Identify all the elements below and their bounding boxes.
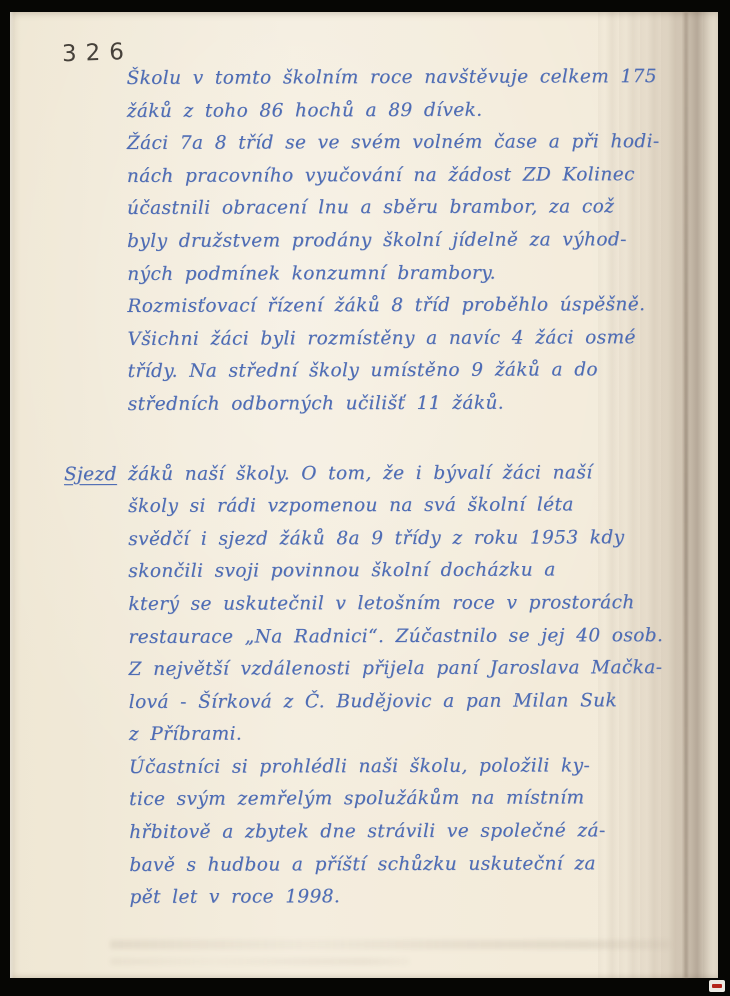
text-line: Žáci 7a 8 tříd se ve svém volném čase a … [127, 126, 672, 160]
line-text: třídy. Na střední školy umístěno 9 žáků … [128, 360, 598, 383]
line-text: účastnili obracení lnu a sběru brambor, … [127, 197, 614, 220]
line-text: tice svým zemřelým spolužákům na místním [129, 788, 584, 811]
line-text: Školu v tomto školním roce navštěvuje ce… [127, 66, 657, 89]
text-line: Z největší vzdálenosti přijela paní Jaro… [129, 652, 674, 686]
bleed-through-ghost-text [110, 958, 410, 965]
text-line: Účastníci si prohlédli naši školu, polož… [129, 750, 674, 784]
line-text: který se uskutečnil v letošním roce v pr… [128, 592, 634, 615]
chronicle-page: 326 Školu v tomto školním roce navštěvuj… [10, 12, 718, 978]
binding-streak [684, 12, 688, 978]
line-text: Všichni žáci byli rozmístěny a navíc 4 ž… [127, 327, 635, 350]
text-line: ných podmínek konzumní brambory. [127, 257, 672, 291]
line-text: skončili svoji povinnou školní docházku … [128, 560, 555, 582]
scanner-watermark-icon [709, 980, 725, 992]
text-line: svědčí i sjezd žáků 8a 9 třídy z roku 19… [128, 522, 673, 556]
handwritten-text-block: Školu v tomto školním roce navštěvuje ce… [127, 61, 675, 915]
text-line: Školu v tomto školním roce navštěvuje ce… [127, 61, 672, 95]
page-left-edge [10, 12, 14, 978]
line-text: lová - Šírková z Č. Budějovic a pan Mila… [129, 690, 617, 713]
section-heading: Sjezd [64, 459, 117, 492]
line-text: hřbitově a zbytek dne strávili ve společ… [129, 820, 605, 843]
watermark-red-bar [712, 984, 722, 988]
line-text: svědčí i sjezd žáků 8a 9 třídy z roku 19… [128, 527, 624, 550]
text-line: který se uskutečnil v letošním roce v pr… [128, 587, 673, 621]
text-line: Rozmisťovací řízení žáků 8 tříd proběhlo… [127, 289, 672, 323]
line-text: nách pracovního vyučování na žádost ZD K… [127, 164, 635, 187]
text-line: Všichni žáci byli rozmístěny a navíc 4 ž… [127, 322, 672, 356]
text-line: restaurace „Na Radnici“. Zúčastnilo se j… [128, 620, 673, 654]
text-line: nách pracovního vyučování na žádost ZD K… [127, 159, 672, 193]
text-line: z Příbrami. [129, 717, 674, 751]
text-line: středních odborných učilišť 11 žáků. [128, 387, 673, 421]
scan-frame: 326 Školu v tomto školním roce navštěvuj… [0, 0, 730, 996]
line-text: Účastníci si prohlédli naši školu, polož… [129, 755, 590, 778]
line-text: byly družstvem prodány školní jídelně za… [127, 229, 627, 252]
bleed-through-ghost-text [110, 940, 670, 949]
line-text: Rozmisťovací řízení žáků 8 tříd proběhlo… [127, 294, 645, 317]
text-line: hřbitově a zbytek dne strávili ve společ… [129, 815, 674, 849]
text-line: třídy. Na střední školy umístěno 9 žáků … [128, 354, 673, 388]
text-line: skončili svoji povinnou školní docházku … [128, 554, 673, 588]
line-text: žáků z toho 86 hochů a 89 dívek. [127, 99, 483, 121]
line-text: Z největší vzdálenosti přijela paní Jaro… [129, 657, 663, 680]
text-line: bavě s hudbou a příští schůzku uskuteční… [129, 848, 674, 882]
line-text: bavě s hudbou a příští schůzku uskuteční… [129, 853, 596, 876]
text-line: tice svým zemřelým spolužákům na místním [129, 783, 674, 817]
text-line: školy si rádi vzpomenou na svá školní lé… [128, 489, 673, 523]
line-text: Žáci 7a 8 tříd se ve svém volném čase a … [127, 131, 660, 154]
line-text: ných podmínek konzumní brambory. [127, 262, 496, 284]
text-line: Sjezd žáků naší školy. O tom, že i býval… [128, 457, 673, 491]
line-text: středních odborných učilišť 11 žáků. [128, 393, 504, 415]
text-line: pět let v roce 1998. [129, 880, 674, 914]
line-text: školy si rádi vzpomenou na svá školní lé… [128, 495, 574, 518]
line-text: pět let v roce 1998. [129, 886, 340, 908]
line-text: žáků naší školy. O tom, že i bývalí žáci… [128, 462, 593, 485]
text-line: žáků z toho 86 hochů a 89 dívek. [127, 94, 672, 128]
line-text: restaurace „Na Radnici“. Zúčastnilo se j… [128, 625, 663, 648]
text-line: lová - Šírková z Č. Budějovic a pan Mila… [129, 685, 674, 719]
line-text: z Příbrami. [129, 724, 242, 745]
text-line: byly družstvem prodány školní jídelně za… [127, 224, 672, 258]
text-line: účastnili obracení lnu a sběru brambor, … [127, 191, 672, 225]
page-number: 326 [62, 39, 134, 67]
